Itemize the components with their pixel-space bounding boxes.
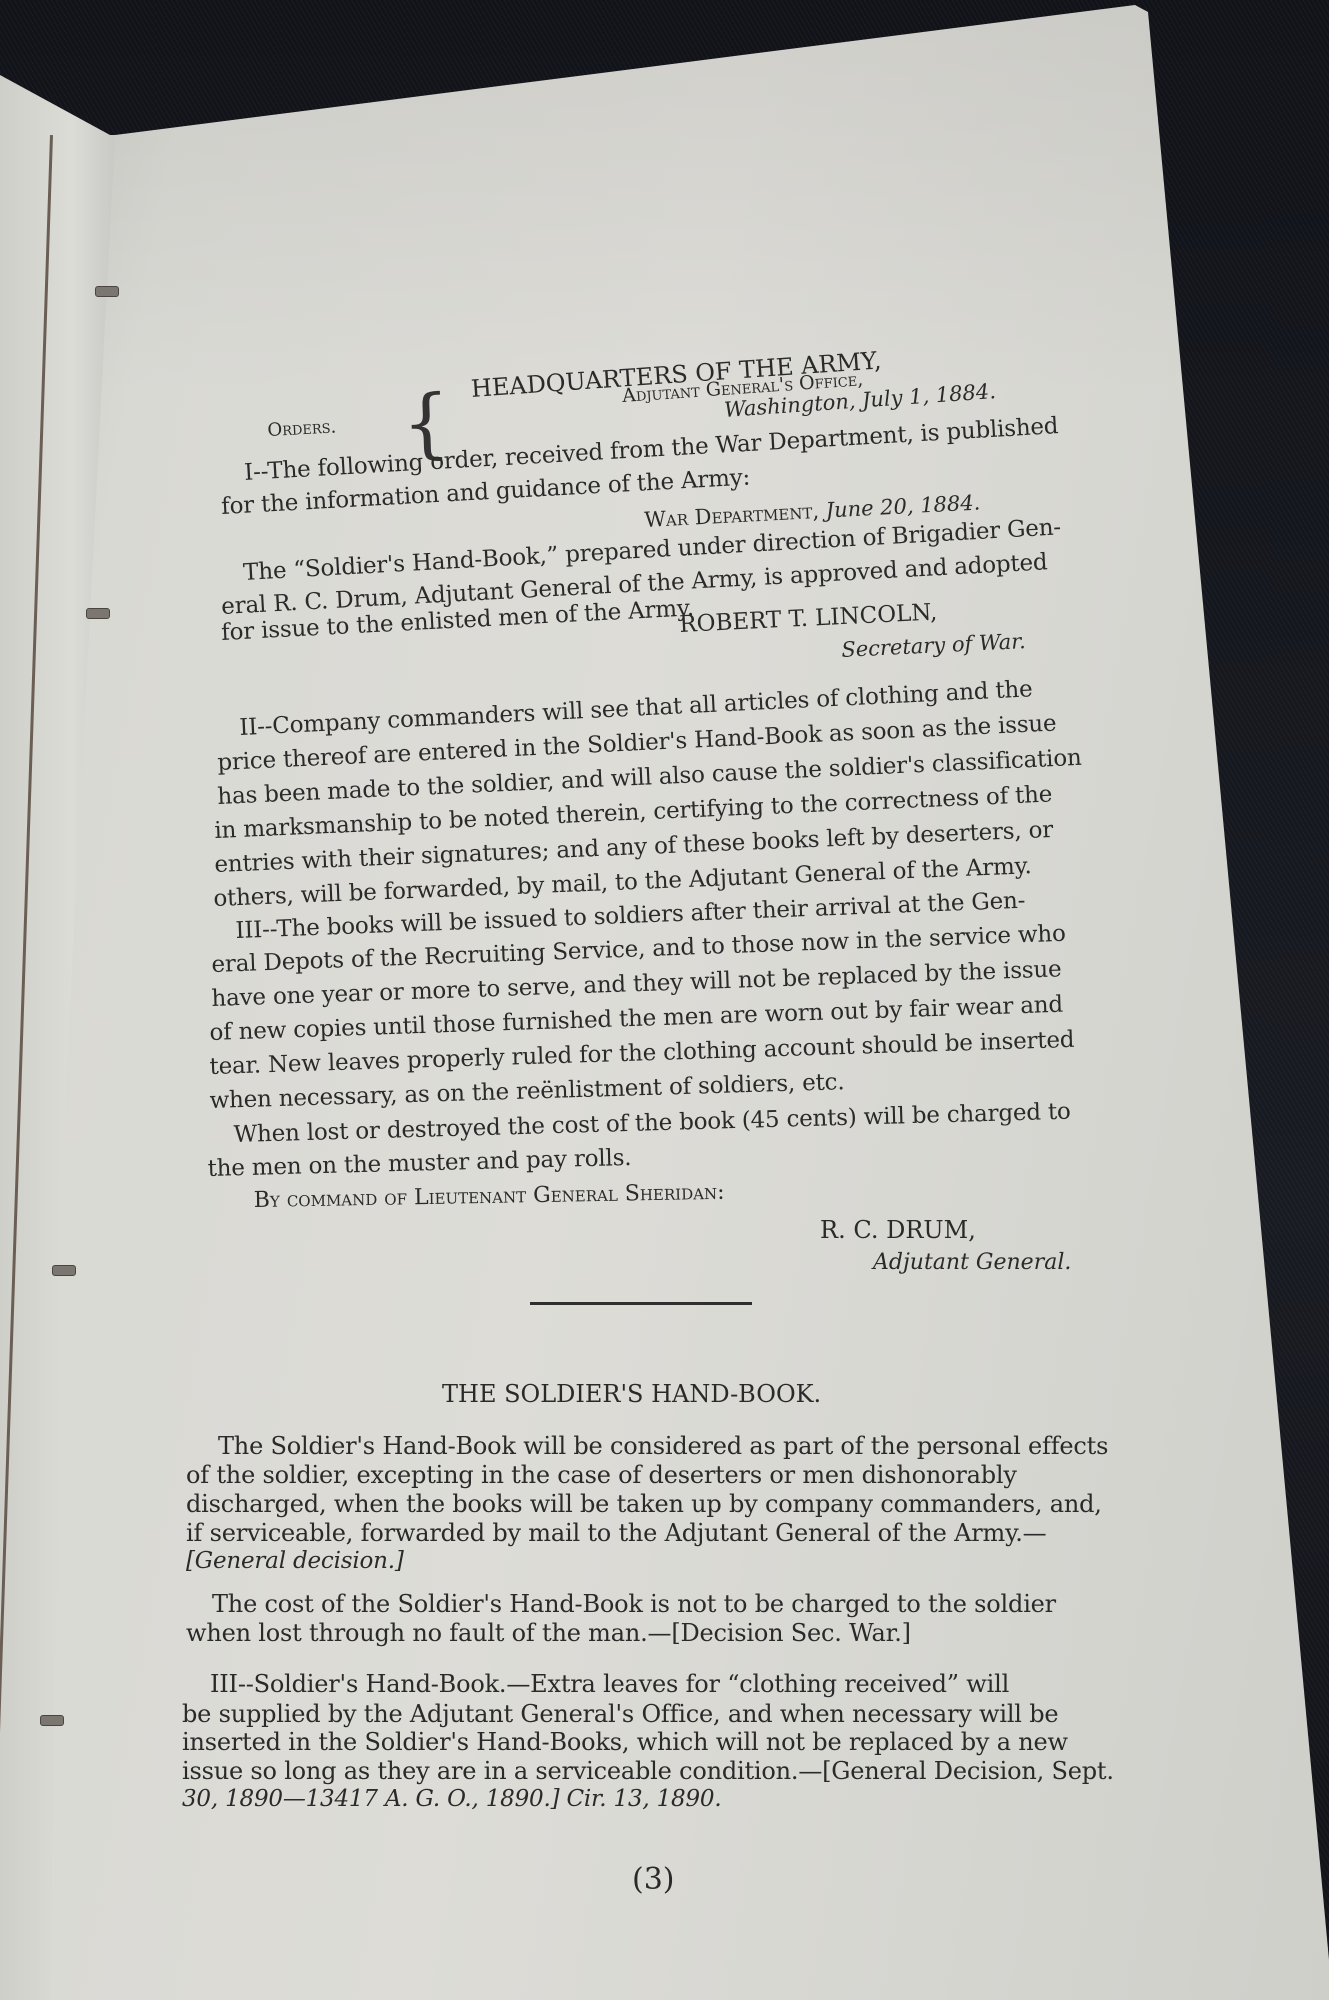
handbook-para2-line: when lost through no fault of the man.—[… bbox=[186, 1619, 911, 1647]
binding-staple bbox=[95, 286, 119, 297]
signature-name: R. C. DRUM, bbox=[820, 1216, 976, 1244]
binding-staple bbox=[52, 1265, 76, 1276]
handbook-para1-line: The Soldier's Hand-Book will be consider… bbox=[218, 1432, 1108, 1460]
handbook-title: THE SOLDIER'S HAND-BOOK. bbox=[442, 1380, 821, 1408]
handbook-para3-citation: 30, 1890—13417 A. G. O., 1890.] Cir. 13,… bbox=[182, 1786, 721, 1812]
signature-title: Adjutant General. bbox=[873, 1250, 1071, 1275]
handbook-para1-citation: [General decision.] bbox=[186, 1548, 404, 1574]
handbook-para3-line: III--Soldier's Hand-Book.—Extra leaves f… bbox=[210, 1670, 1009, 1698]
handbook-para3-line: issue so long as they are in a serviceab… bbox=[182, 1757, 1114, 1785]
handbook-para3-line: be supplied by the Adjutant General's Of… bbox=[182, 1700, 1058, 1728]
binding-staple bbox=[40, 1715, 64, 1726]
handbook-para1-line: of the soldier, excepting in the case of… bbox=[186, 1461, 1017, 1489]
orders-label: Orders. bbox=[267, 416, 337, 441]
handbook-para3-line: inserted in the Soldier's Hand-Books, wh… bbox=[182, 1728, 1068, 1756]
page-number: (3) bbox=[632, 1862, 675, 1897]
handbook-para1-line: if serviceable, forwarded by mail to the… bbox=[186, 1519, 1046, 1547]
section-divider bbox=[530, 1302, 752, 1305]
handbook-para2-line: The cost of the Soldier's Hand-Book is n… bbox=[212, 1590, 1056, 1618]
handbook-para1-line: discharged, when the books will be taken… bbox=[186, 1490, 1102, 1518]
binding-staple bbox=[86, 608, 110, 619]
